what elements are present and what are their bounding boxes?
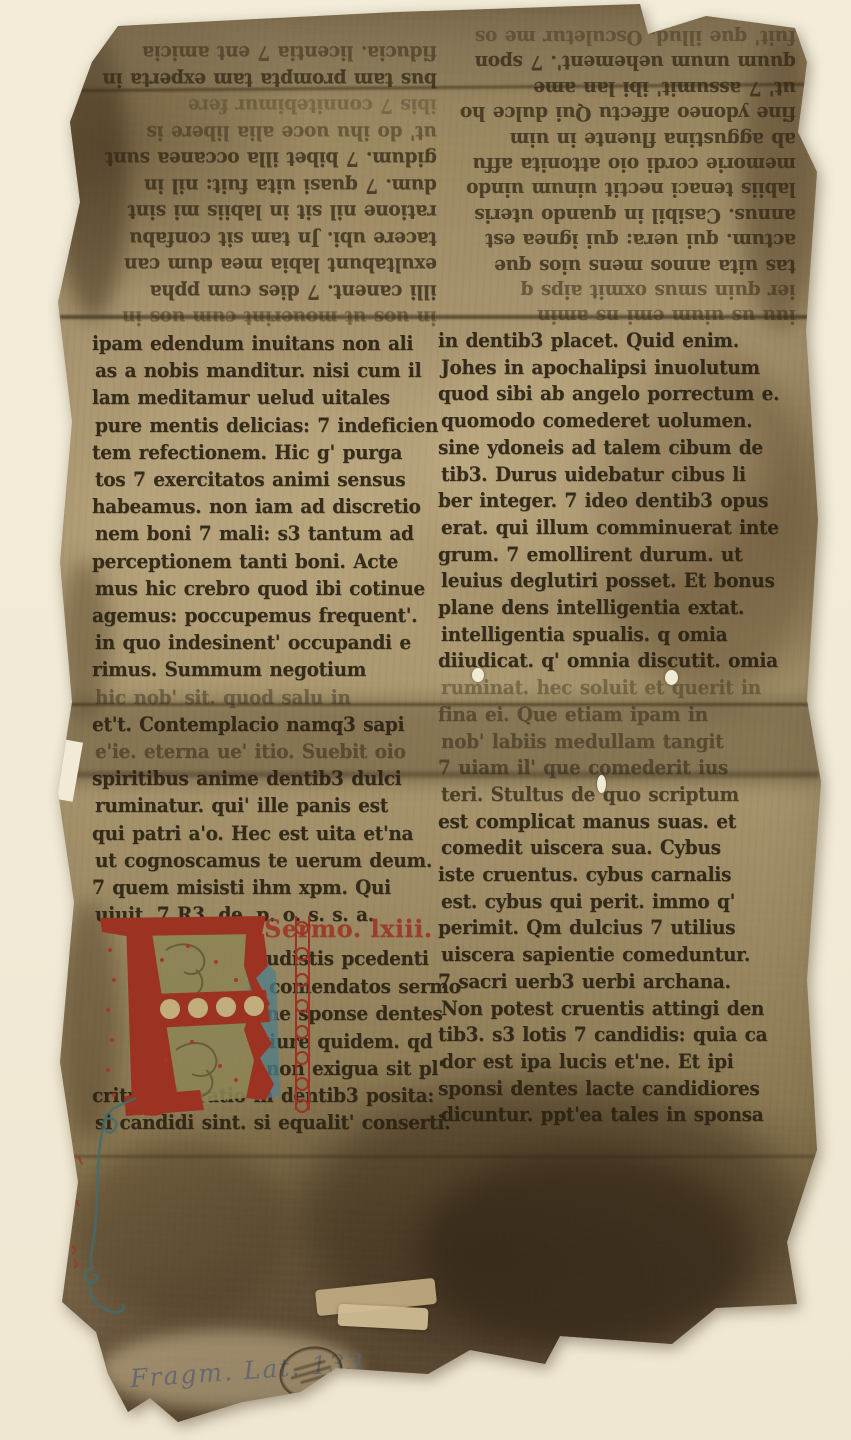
manuscript-text-line: ab aggustina fluente in uim <box>438 125 796 151</box>
manuscript-text-line: diiudicat. q' omnia discutit. omia <box>438 649 800 677</box>
manuscript-text-line: dum. 7 quasi uita fuit: nil in <box>98 170 437 198</box>
manuscript-text-line: habeamus. non iam ad discretio <box>92 494 438 522</box>
manuscript-text-line: qui patri a'o. Hec est uita et'na <box>92 820 438 848</box>
manuscript-text-line: dor est ipa lucis et'ne. Et ipi <box>441 1049 800 1077</box>
decorated-initial-A: A <box>96 910 316 1118</box>
manuscript-text-line: grum. 7 emollirent durum. ut <box>438 542 800 570</box>
manuscript-text-line: fiducia. licentia 7 ent amicia <box>95 37 437 65</box>
manuscript-text-line: intelligentia spualis. q omia <box>441 622 800 650</box>
manuscript-text-line: sine ydoneis ad talem cibum de <box>438 435 800 463</box>
manuscript-text-line: tem refectionem. Hic g' purga <box>92 439 438 467</box>
manuscript-text-line: as a nobis manditur. nisi cum il <box>95 358 438 386</box>
manuscript-text-line: ut' 7 assumit' ibi lan ame <box>438 74 796 100</box>
manuscript-text-line: spiritibus anime dentib3 dulci <box>92 766 438 794</box>
manuscript-text-line: ut cognoscamus te uerum deum. <box>95 847 438 875</box>
manuscript-text-line: ruminat. hec soluit et querit in <box>441 676 800 704</box>
manuscript-text-line: in quo indesinent' occupandi e <box>95 630 438 658</box>
manuscript-text-line: iste cruentus. cybus carnalis <box>438 863 800 891</box>
manuscript-text-line: tib3. s3 lotis 7 candidis: quia ca <box>438 1023 800 1051</box>
manuscript-text-line: exultabunt labia mea dum can <box>95 249 437 277</box>
manuscript-text-line: e'ie. eterna ue' itio. Suebit oio <box>95 739 438 767</box>
manuscript-text-line: actum. qui uera: qui ignea est <box>438 227 796 253</box>
inverted-text-column-left: fiducia. licentia 7 ent amiciabus tam pr… <box>95 38 437 330</box>
torn-flap <box>315 1278 437 1316</box>
stain <box>420 1150 750 1350</box>
manuscript-text-line: quum unum uehement'. 7 spon <box>441 49 796 75</box>
manuscript-text-line: teri. Stultus de quo scriptum <box>441 782 800 810</box>
manuscript-text-line: rimus. Summum negotium <box>92 657 438 685</box>
manuscript-text-line: ibis 7 connitebimur fere <box>95 90 437 118</box>
manuscript-text-line: erat. qui illum comminuerat inte <box>441 515 800 543</box>
manuscript-text-line: nob' labiis medullam tangit <box>441 729 800 757</box>
manuscript-text-line: pure mentis delicias: 7 indeficien <box>95 412 438 440</box>
manuscript-text-line: 7 uiam il' que comederit ius <box>438 756 800 784</box>
manuscript-text-line: tacere ubi. Jn tam sit confabu <box>98 223 437 251</box>
manuscript-text-line: annus. Casibil in quando uteris <box>441 201 796 227</box>
manuscript-text-line: 7 quem misisti ihm xpm. Qui <box>92 875 438 903</box>
inverted-text-column-right: fuit' que illud. Osculetur me osquum unu… <box>438 24 796 329</box>
manuscript-text-line: mus hic crebro quod ibi cotinue <box>95 575 438 603</box>
manuscript-text-line: in uos ut mouerint cum uos in <box>95 302 437 330</box>
manuscript-text-line: quod sibi ab angelo porrectum e. <box>438 382 800 410</box>
manuscript-text-line: 7 sacri uerb3 uerbi archana. <box>438 969 800 997</box>
manuscript-text-line: comedit uiscera sua. Cybus <box>441 836 800 864</box>
manuscript-text-line: tas uita annos mens uios que <box>441 252 796 278</box>
manuscript-text-line: ier quin smus oxmit aips q <box>438 278 796 304</box>
text-column-right: in dentib3 placet. Quid enim.Johes in ap… <box>438 329 800 1130</box>
initial-artwork <box>96 910 316 1118</box>
manuscript-text-line: fine ydoneo affectu Qui dulce ho <box>441 100 796 126</box>
manuscript-text-line: in dentib3 placet. Quid enim. <box>438 328 800 356</box>
manuscript-text-line: labiis tenaci nectit uinum uindo <box>438 176 796 202</box>
manuscript-text-line: ratione nil sit in labiis mi sint <box>95 196 437 224</box>
manuscript-text-line: fuit' que illud. Osculetur me os <box>438 23 796 49</box>
manuscript-text-line: quomodo comederet uolumen. <box>441 409 800 437</box>
manuscript-text-line: perimit. Qm dulcius 7 utilius <box>438 916 800 944</box>
manuscript-text-line: tos 7 exercitatos animi sensus <box>95 466 438 494</box>
manuscript-text-line: ut' do ihu uoce alia libere is <box>98 117 437 145</box>
parchment-wrap: fiducia. licentia 7 ent amiciabus tam pr… <box>0 0 851 1440</box>
manuscript-text-line: gidum. 7 bibet illa occanea sunt <box>95 143 437 171</box>
manuscript-text-line: fina ei. Que etiam ipam in <box>438 702 800 730</box>
manuscript-text-line: ipam edendum inuitans non ali <box>92 330 438 358</box>
text-column-left: ipam edendum inuitans non alias a nobis … <box>92 331 438 929</box>
manuscript-text-line: et't. Contemplacio namq3 sapi <box>92 711 438 739</box>
manuscript-text-line: ber integer. 7 ideo dentib3 opus <box>438 489 800 517</box>
manuscript-text-line: hic nob' sit. quod salu in <box>95 684 438 712</box>
manuscript-text-line: perceptionem tanti boni. Acte <box>92 548 438 576</box>
manuscript-text-line: ruminatur. qui' ille panis est <box>95 793 438 821</box>
manuscript-text-line: agemus: poccupemus frequent'. <box>92 602 438 630</box>
manuscript-text-line: memorie cordi oio attonita affu <box>441 151 796 177</box>
torn-flap <box>337 1304 428 1331</box>
manuscript-photograph: fiducia. licentia 7 ent amiciabus tam pr… <box>0 0 851 1440</box>
parchment-leaf: fiducia. licentia 7 ent amiciabus tam pr… <box>0 0 851 1440</box>
margin-flourish <box>58 1096 158 1324</box>
edge-tear <box>47 738 83 802</box>
manuscript-text-line: illi canent. 7 dies cum ppha <box>98 276 437 304</box>
manuscript-text-line: dicuntur. ppt'ea tales in sponsa <box>441 1103 800 1131</box>
fold-crease <box>60 1155 815 1158</box>
manuscript-text-line: leuius deglutiri posset. Et bonus <box>441 569 800 597</box>
manuscript-text-line: tib3. Durus uidebatur cibus li <box>441 462 800 490</box>
manuscript-text-line: Johes in apochalipsi inuolutum <box>441 355 800 383</box>
manuscript-text-line: iuu us uium emi ns amin <box>441 303 796 329</box>
manuscript-text-line: lam meditamur uelud uitales <box>92 385 438 413</box>
manuscript-text-line: plane dens intelligentia extat. <box>438 595 800 623</box>
manuscript-text-line: bus tam prompta tam experta in <box>98 64 437 92</box>
manuscript-text-line: nem boni 7 mali: s3 tantum ad <box>95 521 438 549</box>
manuscript-text-line: est complicat manus suas. et <box>438 809 800 837</box>
manuscript-text-line: Non potest cruentis attingi den <box>441 996 800 1024</box>
manuscript-text-line: est. cybus qui perit. immo q' <box>441 889 800 917</box>
manuscript-text-line: uiscera sapientie comeduntur. <box>441 943 800 971</box>
manuscript-text-line: sponsi dentes lacte candidiores <box>438 1076 800 1104</box>
